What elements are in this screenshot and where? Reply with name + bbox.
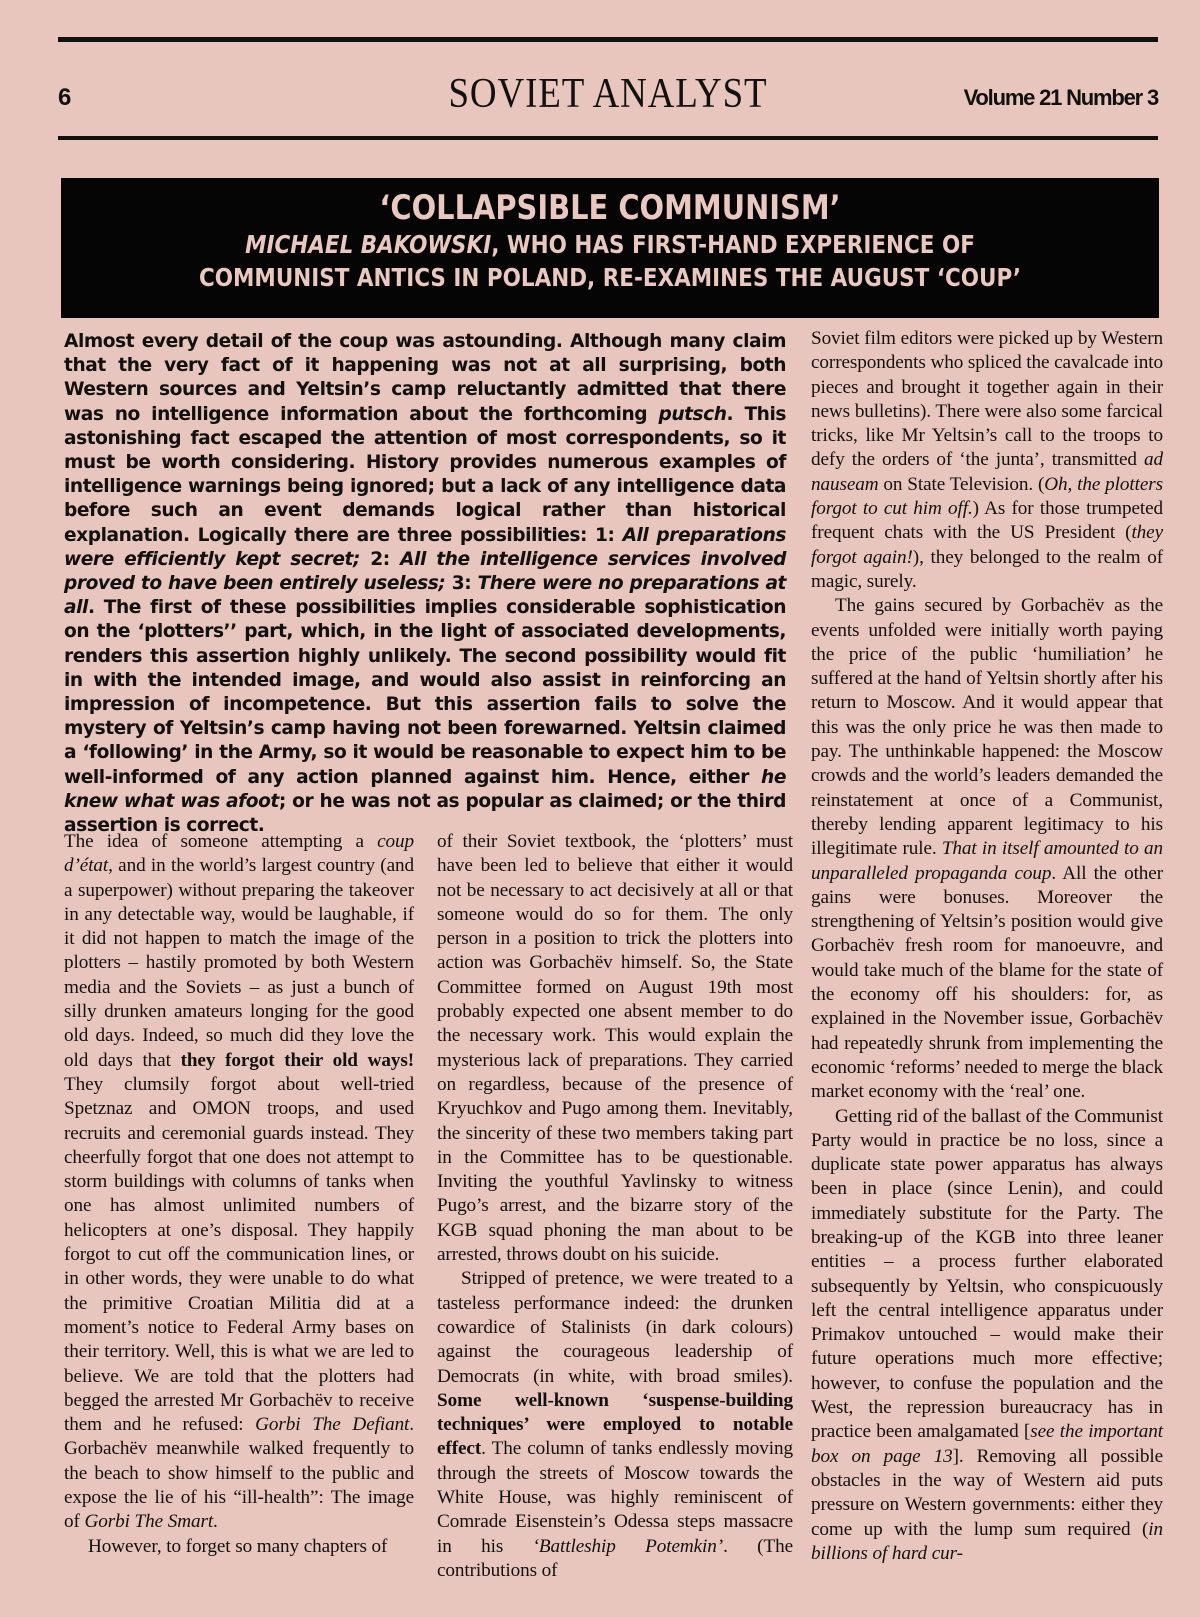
paragraph: The idea of someone attempting a coup d’… bbox=[64, 830, 414, 1535]
page-number: 6 bbox=[58, 84, 71, 112]
subtitle-line-2: COMMUNIST ANTICS IN POLAND, RE-EXAMINES … bbox=[199, 263, 1021, 292]
paragraph: However, to forget so many chapters of bbox=[64, 1535, 414, 1559]
body-column-1: The idea of someone attempting a coup d’… bbox=[64, 830, 414, 1559]
paragraph: The gains secured by Gorbachëv as the ev… bbox=[811, 594, 1163, 1104]
paragraph: Getting rid of the ballast of the Commun… bbox=[811, 1105, 1163, 1567]
paragraph: Soviet film editors were picked up by We… bbox=[811, 327, 1163, 594]
masthead: 6 SOVIET ANALYST Volume 21 Number 3 bbox=[58, 66, 1158, 116]
article-subtitle: MICHAEL BAKOWSKI, WHO HAS FIRST-HAND EXP… bbox=[138, 228, 1082, 294]
body-column-2: of their Soviet textbook, the ‘plotters’… bbox=[437, 830, 793, 1583]
issue-label: Volume 21 Number 3 bbox=[964, 85, 1158, 111]
body-column-3: Soviet film editors were picked up by We… bbox=[811, 327, 1163, 1566]
article-lede: Almost every detail of the coup was asto… bbox=[64, 330, 786, 838]
article-title-banner: ‘COLLAPSIBLE COMMUNISM’ MICHAEL BAKOWSKI… bbox=[61, 178, 1159, 318]
top-rule bbox=[58, 37, 1158, 42]
article-title: ‘COLLAPSIBLE COMMUNISM’ bbox=[143, 188, 1076, 228]
paragraph: of their Soviet textbook, the ‘plotters’… bbox=[437, 830, 793, 1267]
masthead-bottom-rule bbox=[58, 136, 1158, 140]
author-name: MICHAEL BAKOWSKI bbox=[245, 230, 491, 259]
subtitle-line-1: , WHO HAS FIRST-HAND EXPERIENCE OF bbox=[491, 230, 975, 259]
paragraph: Stripped of pretence, we were treated to… bbox=[437, 1267, 793, 1583]
publication-title: SOVIET ANALYST bbox=[124, 70, 1092, 118]
